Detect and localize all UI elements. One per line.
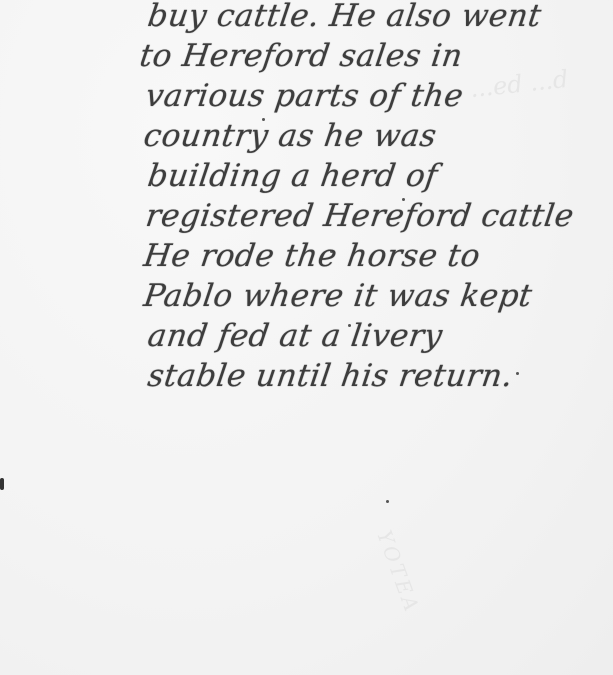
- scan-edge-mark: [0, 478, 4, 490]
- handwritten-line: stable until his return.: [137, 356, 613, 396]
- document-page: ...ed ...d YOTEA buy cattle. He also wen…: [0, 0, 613, 675]
- handwritten-line: country as he was: [137, 116, 613, 156]
- bleed-through-text: YOTEA: [372, 527, 424, 617]
- handwritten-line: buy cattle. He also went: [137, 0, 613, 36]
- ink-speck: [386, 500, 389, 503]
- handwritten-line: registered Hereford cattle: [137, 196, 613, 236]
- handwritten-text-block: buy cattle. He also went to Hereford sal…: [140, 0, 610, 396]
- handwritten-line: He rode the horse to: [137, 236, 613, 276]
- handwritten-line: building a herd of: [137, 156, 613, 196]
- handwritten-line: Pablo where it was kept: [137, 276, 613, 316]
- handwritten-line: various parts of the: [137, 76, 613, 116]
- handwritten-line: and fed at a livery: [137, 316, 613, 356]
- handwritten-line: to Hereford sales in: [137, 36, 613, 76]
